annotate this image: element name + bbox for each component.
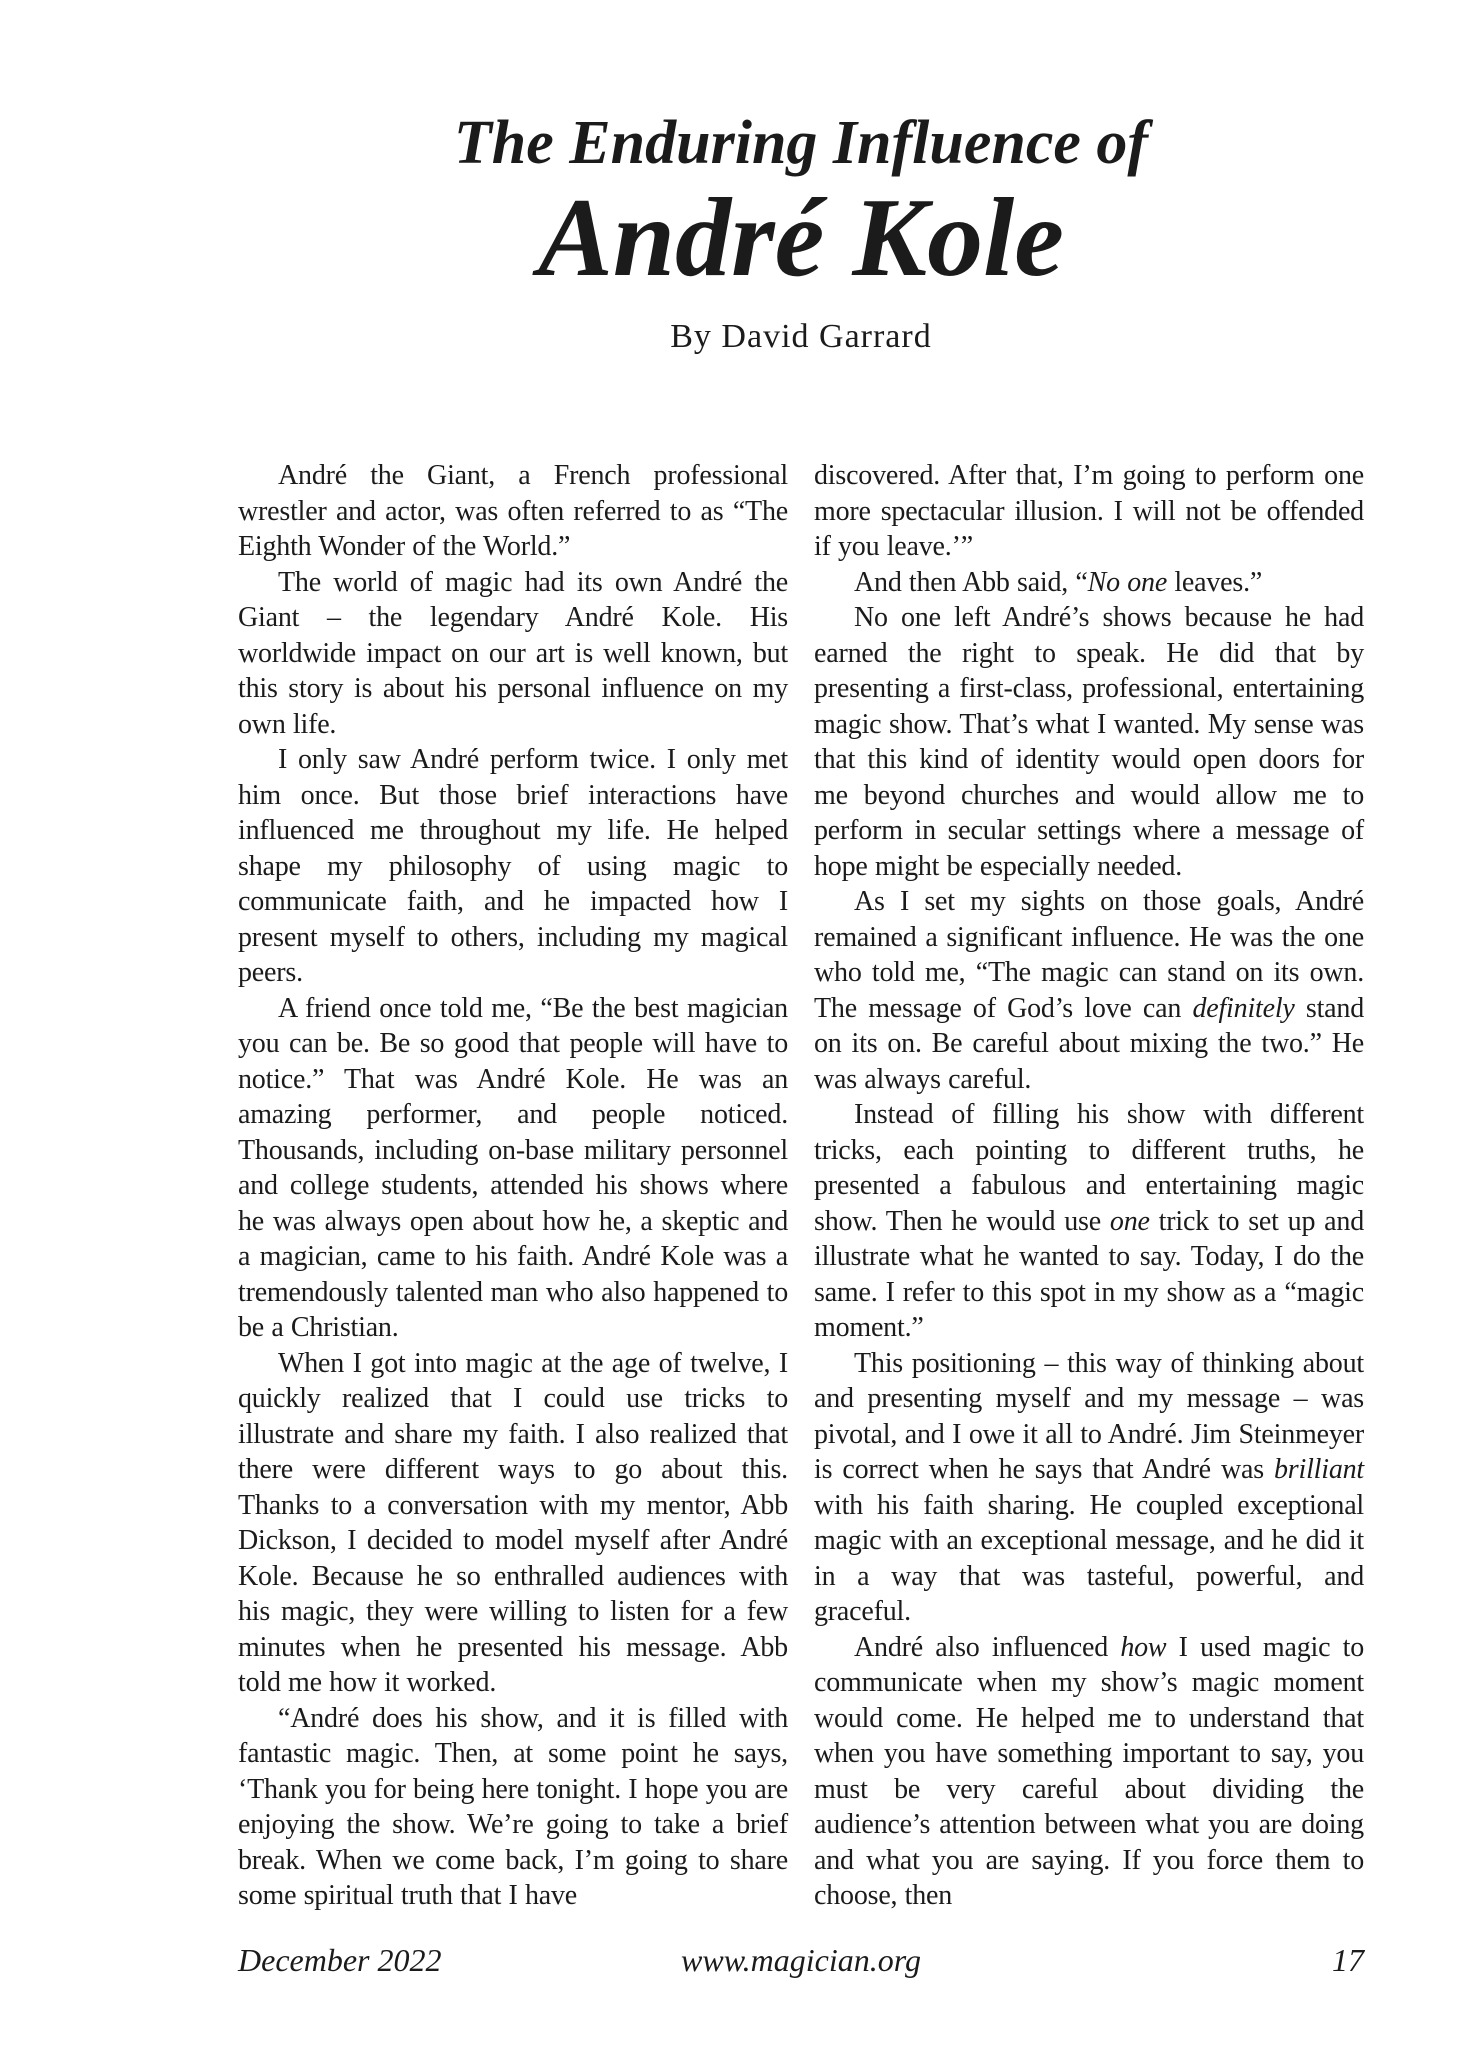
paragraph: As I set my sights on those goals, André… [814,884,1364,1097]
paragraph: André the Giant, a French professional w… [238,458,788,565]
article-byline: By David Garrard [238,320,1364,354]
paragraph: A friend once told me, “Be the best magi… [238,991,788,1346]
paragraph: “André does his show, and it is filled w… [238,1701,788,1914]
footer-issue-date: December 2022 [238,1944,681,1976]
paragraph: When I got into magic at the age of twel… [238,1346,788,1701]
page-footer: December 2022 www.magician.org 17 [238,1944,1364,1976]
article-columns: André the Giant, a French professional w… [238,458,1364,1914]
article-title-line1: The Enduring Influence of [238,112,1364,174]
paragraph: André also influenced how I used magic t… [814,1630,1364,1914]
article-title-line2: André Kole [238,182,1364,294]
article-column-left: André the Giant, a French professional w… [238,458,788,1914]
paragraph: No one left André’s shows because he had… [814,600,1364,884]
paragraph: discovered. After that, I’m going to per… [814,458,1364,565]
article-header: The Enduring Influence of André Kole By … [238,0,1364,354]
paragraph: And then Abb said, “No one leaves.” [814,565,1364,601]
footer-page-number: 17 [921,1944,1364,1976]
paragraph: The world of magic had its own André the… [238,565,788,743]
article-column-right: discovered. After that, I’m going to per… [814,458,1364,1914]
paragraph: I only saw André perform twice. I only m… [238,742,788,991]
paragraph: Instead of filling his show with differe… [814,1097,1364,1346]
paragraph: This positioning – this way of thinking … [814,1346,1364,1630]
page-content: The Enduring Influence of André Kole By … [238,0,1364,1976]
magazine-page: The Enduring Influence of André Kole By … [0,0,1462,2048]
footer-website-url: www.magician.org [681,1944,921,1976]
